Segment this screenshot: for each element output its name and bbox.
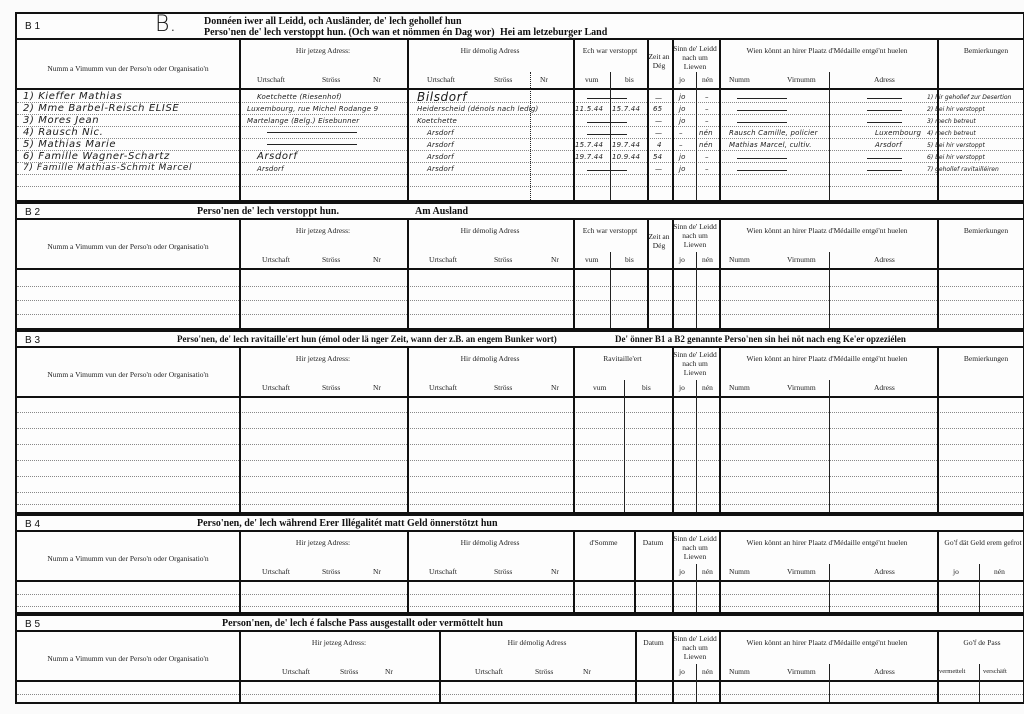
header-no: nén: [702, 667, 713, 676]
col-divider: [719, 348, 721, 512]
row-1-current: Koetchette (Riesenhof): [257, 93, 342, 101]
row-line: [17, 126, 1023, 127]
row-3-former: Koetchette: [417, 117, 457, 125]
row-5-former: Arsdorf: [427, 141, 454, 149]
section-title-line2: Perso'nen de' lech verstoppt hun. (Och w…: [204, 27, 495, 38]
header-former-address: Hir démolig Adress: [407, 354, 573, 363]
header-no: nén: [702, 75, 713, 84]
section-title-suffix: De' önner B1 a B2 genannte Perso'nen sin…: [615, 334, 906, 345]
row-2-from: 11.5.44: [575, 105, 603, 113]
row-5-yes: –: [679, 141, 683, 149]
header-pass: Go'f de Pass: [939, 638, 1024, 647]
col-divider: [672, 348, 674, 512]
header-name: Numm a Vimumm vun der Perso'n oder Organ…: [17, 64, 239, 73]
header-supplied: Ravitaille'ert: [573, 354, 672, 363]
row-6-former: Arsdorf: [427, 153, 454, 161]
col-divider: [672, 632, 674, 702]
header-to: bis: [642, 383, 651, 392]
header-nr: Nr: [540, 75, 548, 84]
header-former-address: Hir démolig Adress: [407, 46, 573, 55]
header-street: Ströss: [494, 383, 512, 392]
header-hidden: Ech war verstoppt: [573, 226, 647, 235]
header-firstname: Virnumm: [787, 383, 816, 392]
row-line: [17, 314, 1023, 315]
col-divider: [672, 40, 674, 200]
header-alive: Sinn de' Leidd nach um Liewen: [672, 222, 718, 249]
row-5-remark: 5) bei hir verstoppt: [927, 142, 985, 149]
col-divider: [937, 220, 939, 328]
header-yes: jo: [679, 75, 685, 84]
header-nr: Nr: [551, 567, 559, 576]
row-3-remark: 3) mech betreut: [927, 118, 976, 125]
row-6-medal-dash: [737, 158, 787, 159]
col-divider: [979, 664, 980, 702]
row-line: [17, 594, 1023, 595]
row-6-remark: 6) bei hir verstoppt: [927, 154, 985, 161]
header-procured: verschäft: [983, 667, 1007, 676]
col-divider: [573, 532, 575, 612]
header-alive: Sinn de' Leidd nach um Liewen: [672, 534, 718, 561]
header-current-address: Hir jetzeg Adress:: [239, 638, 439, 647]
header-street: Ströss: [494, 75, 512, 84]
row-line: [17, 186, 1023, 187]
row-7-medal-dash: [737, 170, 787, 171]
row-3-days: —: [655, 117, 662, 125]
row-2-medal-dash: [737, 110, 787, 111]
header-name: Numm a Vimumm vun der Perso'n oder Organ…: [17, 370, 239, 379]
form-letter: B.: [155, 12, 176, 37]
row-2-former: Heiderscheid (dénols nach ledig): [417, 105, 538, 113]
row-line: [17, 428, 1023, 429]
header-surname: Numm: [729, 667, 750, 676]
col-divider: [829, 380, 830, 512]
row-line: [17, 504, 1023, 505]
row-4-medal-address: Luxembourg: [875, 129, 921, 137]
header-to: bis: [625, 75, 634, 84]
col-divider: [439, 632, 441, 702]
row-line: [17, 476, 1023, 477]
row-line: [17, 444, 1023, 445]
row-2-medal-dash: [867, 110, 902, 111]
header-firstname: Virnumm: [787, 255, 816, 264]
section-title-suffix: Hei am letzeburger Land: [500, 27, 607, 38]
row-6-medal-dash: [867, 158, 902, 159]
section-code: B 2: [25, 207, 40, 218]
header-address: Adress: [874, 383, 895, 392]
col-divider: [829, 564, 830, 612]
header-remarks: Bemierkungen: [947, 354, 1024, 363]
col-divider: [635, 632, 637, 702]
row-line: [17, 174, 1023, 175]
row-4-days: —: [655, 129, 662, 137]
row-4-medal-name: Rausch Camille, policier: [729, 129, 818, 137]
row-1-days: —: [655, 94, 662, 102]
header-current-address: Hir jetzeg Adress:: [239, 354, 407, 363]
header-former-address: Hir démolig Adress: [439, 638, 635, 647]
header-address: Adress: [874, 75, 895, 84]
row-6-to: 10.9.44: [612, 153, 640, 161]
row-2-yes: jo: [679, 105, 686, 113]
row-1-former: Bilsdorf: [417, 90, 467, 104]
row-4-current-dash: [267, 132, 357, 133]
row-line: [17, 606, 1023, 607]
row-6-name: 6) Famille Wagner-Schartz: [23, 151, 170, 162]
header-street: Ströss: [535, 667, 553, 676]
col-divider: [239, 632, 241, 702]
header-to: bis: [625, 255, 634, 264]
row-4-remark: 4) mech betreut: [927, 130, 976, 137]
col-divider: [696, 252, 697, 328]
header-firstname: Virnumm: [787, 667, 816, 676]
section-b5-title-bar: B 5 Person'nen, de' lech é falsche Pass …: [17, 616, 1023, 632]
row-2-days: 65: [653, 105, 662, 113]
section-b5: B 5 Person'nen, de' lech é falsche Pass …: [15, 614, 1024, 704]
header-remarks: Bemierkungen: [947, 226, 1024, 235]
header-name: Numm a Vimumm vun der Perso'n oder Organ…: [17, 554, 239, 563]
form-page: B 1 B. Donnéen iwer all Leidd, och Auslä…: [6, 6, 1022, 706]
row-line: [17, 412, 1023, 413]
col-divider: [829, 664, 830, 702]
section-b2: B 2 Perso'nen de' lech verstoppt hun. Am…: [15, 202, 1024, 330]
header-medal: Wien könnt an hirer Plaatz d'Médaille en…: [727, 538, 927, 547]
col-divider: [937, 632, 939, 702]
col-divider: [937, 348, 939, 512]
header-money-back: Go'f dät Geld erem gefrot: [941, 538, 1024, 547]
col-divider: [979, 564, 980, 612]
section-b2-title-bar: B 2 Perso'nen de' lech verstoppt hun. Am…: [17, 204, 1023, 220]
header-date: Datum: [635, 638, 672, 647]
row-4-former: Arsdorf: [427, 129, 454, 137]
header-current-address: Hir jetzeg Adress:: [239, 46, 407, 55]
row-2-remark: 2) bei hir verstoppt: [927, 106, 985, 113]
header-street: Ströss: [494, 567, 512, 576]
col-divider: [530, 72, 531, 200]
row-7-current: Arsdorf: [257, 165, 284, 173]
section-title: Perso'nen de' lech verstoppt hun.: [197, 206, 339, 217]
header-nr: Nr: [551, 383, 559, 392]
col-divider: [829, 72, 830, 200]
row-line: [17, 492, 1023, 493]
col-divider: [696, 564, 697, 612]
row-7-former: Arsdorf: [427, 165, 454, 173]
col-divider: [829, 252, 830, 328]
row-line: [17, 694, 1023, 695]
col-divider: [719, 220, 721, 328]
header-firstname: Virnumm: [787, 75, 816, 84]
row-5-medal-address: Arsdorf: [875, 141, 902, 149]
row-5-no: nén: [699, 141, 713, 149]
row-7-dash: [587, 170, 627, 171]
header-surname: Numm: [729, 567, 750, 576]
row-7-remark: 7) gehollef ravitailléiren: [927, 166, 999, 173]
header-yes: jo: [679, 255, 685, 264]
row-1-medal-dash: [737, 98, 787, 99]
section-b3: B 3 Perso'nen, de' lech ravitaille'ert h…: [15, 330, 1024, 514]
col-divider: [634, 532, 636, 612]
header-alive: Sinn de' Leidd nach um Liewen: [672, 350, 718, 377]
header-alive: Sinn de' Leidd nach um Liewen: [672, 634, 718, 661]
header-name: Numm a Vimumm vun der Perso'n oder Organ…: [17, 654, 239, 663]
header-yes: jo: [679, 567, 685, 576]
header-date: Datum: [634, 538, 672, 547]
header-surname: Numm: [729, 255, 750, 264]
row-line: [17, 138, 1023, 139]
header-from: vum: [585, 255, 598, 264]
col-divider: [610, 72, 611, 200]
row-3-medal-dash: [737, 122, 787, 123]
header-firstname: Virnumm: [787, 567, 816, 576]
header-mediated: vermettelt: [939, 667, 965, 676]
section-code: B 4: [25, 519, 40, 530]
header-name: Numm a Vimumm vun der Perso'n oder Organ…: [17, 242, 239, 251]
col-divider: [672, 220, 674, 328]
row-3-medal-dash: [867, 122, 902, 123]
row-7-no: –: [705, 165, 709, 173]
row-6-current: Arsdorf: [257, 151, 297, 162]
col-divider: [719, 632, 721, 702]
section-b1: B 1 B. Donnéen iwer all Leidd, och Auslä…: [15, 12, 1024, 202]
section-code: B 3: [25, 335, 40, 346]
header-remarks: Bemierkungen: [947, 46, 1024, 55]
header-nr: Nr: [551, 255, 559, 264]
header-sum: d'Somme: [573, 538, 634, 547]
row-3-dash: [587, 122, 627, 123]
row-1-dash: [587, 98, 627, 99]
col-divider: [407, 40, 409, 200]
row-7-yes: jo: [679, 165, 686, 173]
header-time: Zeit an Dég: [647, 52, 671, 70]
col-divider: [573, 348, 575, 512]
header-nr: Nr: [373, 75, 381, 84]
row-1-no: –: [705, 93, 709, 101]
header-divider: [17, 88, 1023, 90]
row-1-name: 1) Kieffer Mathias: [23, 91, 122, 102]
header-no: nén: [702, 567, 713, 576]
row-4-dash: [587, 134, 627, 135]
col-divider: [239, 532, 241, 612]
header-divider: [17, 680, 1023, 682]
row-2-name: 2) Mme Barbel-Reisch ELISE: [23, 103, 179, 114]
section-b4: B 4 Perso'nen, de' lech während Erer Ill…: [15, 514, 1024, 614]
header-nr: Nr: [373, 255, 381, 264]
row-1-yes: jo: [679, 93, 686, 101]
row-5-name: 5) Mathias Marie: [23, 139, 116, 150]
header-medal: Wien könnt an hirer Plaatz d'Médaille en…: [727, 638, 927, 647]
header-street: Ströss: [322, 75, 340, 84]
row-4-name: 4) Rausch Nic.: [23, 127, 103, 138]
header-current-address: Hir jetzeg Adress:: [239, 226, 407, 235]
col-divider: [937, 532, 939, 612]
header-divider: [17, 268, 1023, 270]
col-divider: [719, 532, 721, 612]
header-alive: Sinn de' Leidd nach um Liewen: [672, 44, 718, 71]
header-surname: Numm: [729, 75, 750, 84]
section-code: B 1: [25, 21, 40, 32]
row-line: [17, 286, 1023, 287]
header-street: Ströss: [340, 667, 358, 676]
header-from: vum: [585, 75, 598, 84]
header-address: Adress: [874, 567, 895, 576]
header-locality: Urtschaft: [262, 567, 290, 576]
header-locality: Urtschaft: [257, 75, 285, 84]
header-street: Ströss: [494, 255, 512, 264]
header-locality: Urtschaft: [282, 667, 310, 676]
section-title-line1: Donnéen iwer all Leidd, och Ausländer, d…: [204, 16, 462, 27]
col-divider: [407, 532, 409, 612]
row-4-yes: –: [679, 129, 683, 137]
section-title-suffix: Am Ausland: [415, 206, 468, 217]
header-street: Ströss: [322, 567, 340, 576]
header-locality: Urtschaft: [262, 383, 290, 392]
col-divider: [624, 380, 625, 512]
row-3-current: Martelange (Belg.) Eisebunner: [247, 117, 359, 125]
col-divider: [407, 348, 409, 512]
row-1-remark: 1) hir gehollef zur Desertion: [927, 94, 1011, 101]
col-divider: [407, 220, 409, 328]
row-6-no: –: [705, 153, 709, 161]
row-line: [17, 114, 1023, 115]
header-divider: [17, 580, 1023, 582]
col-divider: [696, 72, 697, 200]
row-3-no: –: [705, 117, 709, 125]
header-no: nén: [994, 567, 1005, 576]
section-code: B 5: [25, 619, 40, 630]
col-divider: [239, 40, 241, 200]
col-divider: [696, 380, 697, 512]
col-divider: [647, 220, 649, 328]
header-medal: Wien könnt an hirer Plaatz d'Médaille en…: [727, 46, 927, 55]
header-yes: jo: [679, 383, 685, 392]
section-b3-title-bar: B 3 Perso'nen, de' lech ravitaille'ert h…: [17, 332, 1023, 348]
header-hidden: Ech war verstoppt: [573, 46, 647, 55]
col-divider: [672, 532, 674, 612]
row-2-no: –: [705, 105, 709, 113]
row-6-days: 54: [653, 153, 662, 161]
row-5-medal-name: Mathias Marcel, cultiv.: [729, 141, 812, 149]
header-nr: Nr: [373, 383, 381, 392]
row-line: [17, 460, 1023, 461]
header-locality: Urtschaft: [475, 667, 503, 676]
section-title: Person'nen, de' lech é falsche Pass ausg…: [222, 618, 503, 629]
header-no: nén: [702, 383, 713, 392]
header-locality: Urtschaft: [427, 75, 455, 84]
row-7-medal-dash: [867, 170, 902, 171]
header-street: Ströss: [322, 383, 340, 392]
header-from: vum: [593, 383, 606, 392]
header-surname: Numm: [729, 383, 750, 392]
header-address: Adress: [874, 667, 895, 676]
row-5-current-dash: [267, 144, 357, 145]
row-3-name: 3) Mores Jean: [23, 115, 99, 126]
section-b4-title-bar: B 4 Perso'nen, de' lech während Erer Ill…: [17, 516, 1023, 532]
header-nr: Nr: [385, 667, 393, 676]
header-address: Adress: [874, 255, 895, 264]
col-divider: [239, 348, 241, 512]
row-4-no: nén: [699, 129, 713, 137]
header-current-address: Hir jetzeg Adress:: [239, 538, 407, 547]
header-yes: jo: [679, 667, 685, 676]
row-3-yes: jo: [679, 117, 686, 125]
header-nr: Nr: [373, 567, 381, 576]
header-locality: Urtschaft: [429, 255, 457, 264]
section-title: Perso'nen, de' lech während Erer Illégal…: [197, 518, 498, 529]
col-divider: [719, 40, 721, 200]
section-b1-title-bar: B 1 B. Donnéen iwer all Leidd, och Auslä…: [17, 14, 1023, 40]
header-former-address: Hir démolig Adress: [407, 226, 573, 235]
header-medal: Wien könnt an hirer Plaatz d'Médaille en…: [727, 354, 927, 363]
row-1-medal-dash: [867, 98, 902, 99]
row-7-days: —: [655, 165, 662, 173]
col-divider: [239, 220, 241, 328]
header-locality: Urtschaft: [429, 383, 457, 392]
row-6-from: 19.7.44: [575, 153, 603, 161]
header-locality: Urtschaft: [429, 567, 457, 576]
header-nr: Nr: [583, 667, 591, 676]
row-6-yes: jo: [679, 153, 686, 161]
row-line: [17, 300, 1023, 301]
header-no: nén: [702, 255, 713, 264]
header-time: Zeit an Dég: [647, 232, 671, 250]
header-locality: Urtschaft: [262, 255, 290, 264]
row-2-to: 15.7.44: [612, 105, 640, 113]
header-street: Ströss: [322, 255, 340, 264]
col-divider: [573, 40, 575, 200]
row-5-from: 15.7.44: [575, 141, 603, 149]
row-5-to: 19.7.44: [612, 141, 640, 149]
row-5-days: 4: [657, 141, 662, 149]
col-divider: [610, 252, 611, 328]
header-divider: [17, 396, 1023, 398]
header-former-address: Hir démolig Adress: [407, 538, 573, 547]
row-7-name: 7) Famille Mathias-Schmit Marcel: [23, 163, 192, 173]
header-yes: jo: [953, 567, 959, 576]
row-2-current: Luxembourg, rue Michel Rodange 9: [247, 105, 378, 113]
header-medal: Wien könnt an hirer Plaatz d'Médaille en…: [727, 226, 927, 235]
col-divider: [696, 664, 697, 702]
col-divider: [647, 40, 649, 200]
col-divider: [573, 220, 575, 328]
section-title: Perso'nen, de' lech ravitaille'ert hun (…: [177, 334, 557, 345]
